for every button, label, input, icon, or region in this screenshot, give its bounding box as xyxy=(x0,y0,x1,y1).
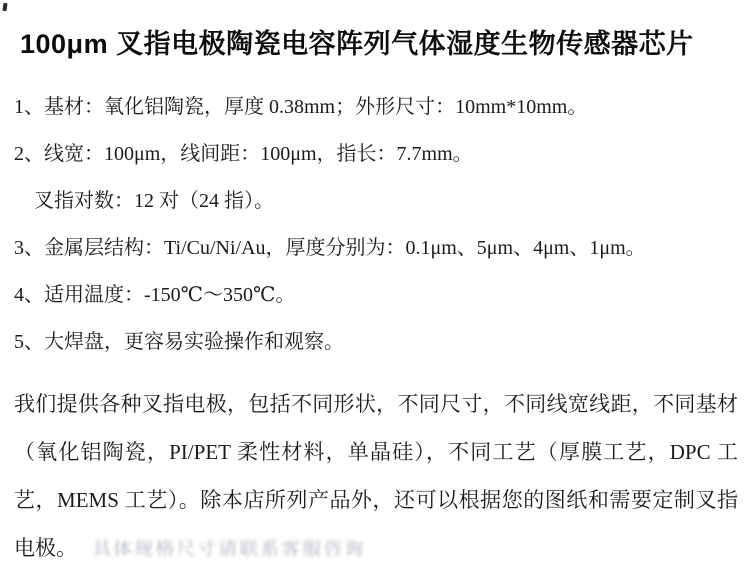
faded-illegible-note: 具体规格尺寸请联系客服咨询 xyxy=(92,527,365,573)
spec-line-pads: 5、大焊盘，更容易实验操作和观察。 xyxy=(14,319,740,366)
spec-list: 1、基材：氧化铝陶瓷，厚度 0.38mm；外形尺寸：10mm*10mm。 2、线… xyxy=(14,84,740,366)
product-description-page: 100μm 叉指电极陶瓷电容阵列气体湿度生物传感器芯片 1、基材：氧化铝陶瓷，厚… xyxy=(0,0,750,587)
spec-line-linewidth: 2、线宽：100μm，线间距：100μm，指长：7.7mm。 xyxy=(14,131,740,178)
spec-line-temperature: 4、适用温度：-150℃～350℃。 xyxy=(14,272,740,319)
spec-line-substrate: 1、基材：氧化铝陶瓷，厚度 0.38mm；外形尺寸：10mm*10mm。 xyxy=(14,84,740,131)
description-paragraph: 我们提供各种叉指电极，包括不同形状，不同尺寸，不同线宽线距，不同基材（氧化铝陶瓷… xyxy=(14,380,738,574)
spec-line-metal-layers: 3、金属层结构：Ti/Cu/Ni/Au，厚度分别为：0.1μm、5μm、4μm、… xyxy=(14,225,740,272)
scan-artifact-speck xyxy=(2,3,7,11)
spec-line-finger-pairs: 叉指对数：12 对（24 指）。 xyxy=(14,178,740,225)
page-title: 100μm 叉指电极陶瓷电容阵列气体湿度生物传感器芯片 xyxy=(20,26,734,62)
